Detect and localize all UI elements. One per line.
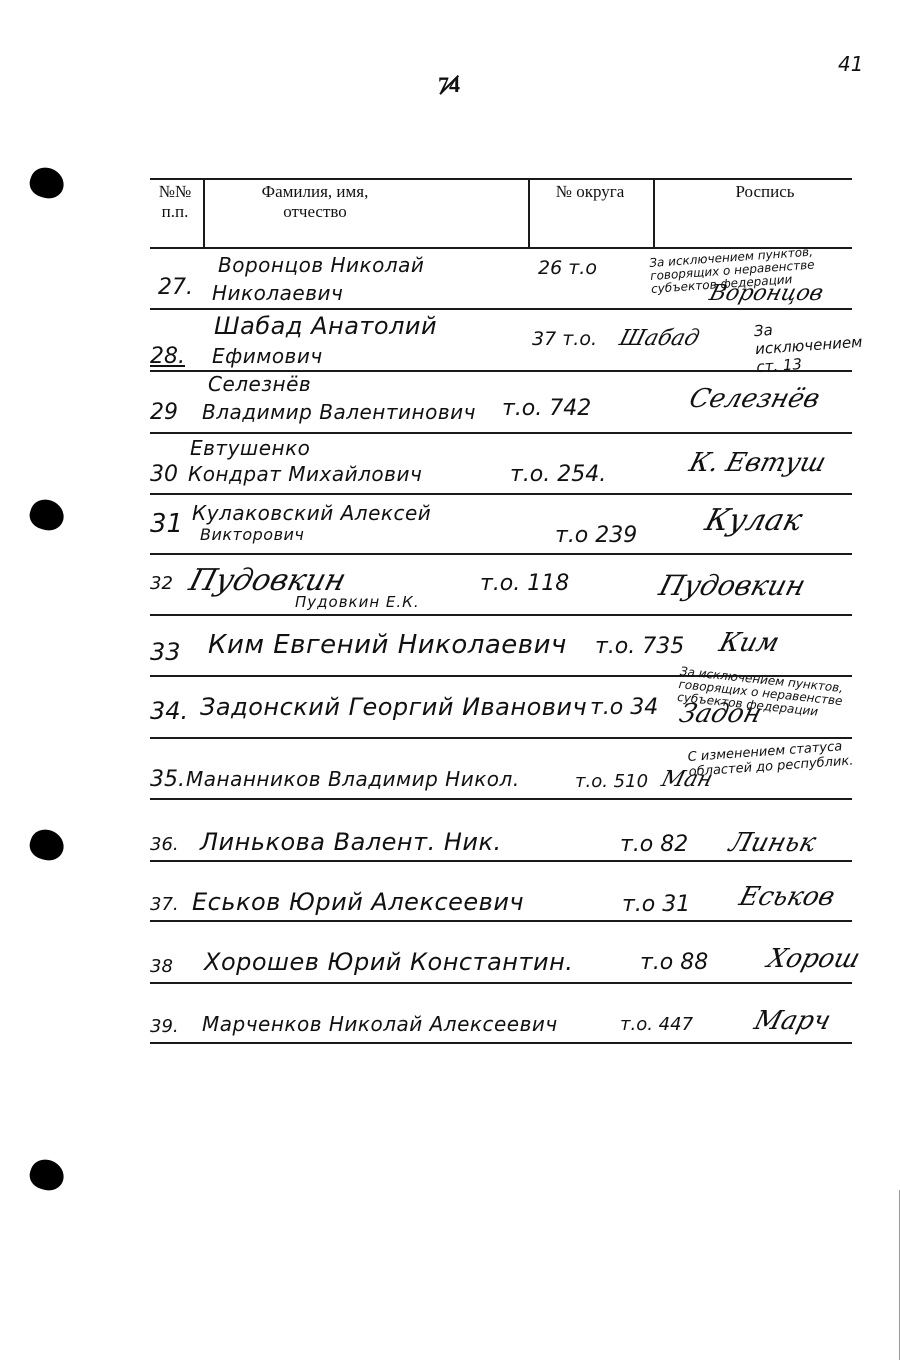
- column-divider: [203, 178, 205, 247]
- table-rule: [150, 178, 852, 180]
- row-name-line1: Евтушенко: [190, 436, 310, 460]
- row-signature: Селезнёв: [686, 384, 823, 414]
- row-number: 33: [150, 638, 181, 666]
- table-row: 32 Пудовкин Пудовкин Е.К. т.о. 118 Пудов…: [150, 553, 900, 614]
- row-name-line1: Селезнёв: [208, 372, 311, 396]
- row-district: 37 т.о.: [532, 328, 597, 350]
- table-row: 34. Задонский Георгий Иванович т.о 34 За…: [150, 675, 900, 737]
- row-district: т.о. 735: [595, 634, 684, 659]
- table-row: 36. Линькова Валент. Ник. т.о 82 Линьк: [150, 798, 900, 860]
- column-divider: [528, 178, 530, 247]
- row-district: т.о. 447: [620, 1014, 693, 1035]
- row-number: 28.: [150, 344, 185, 369]
- header-district: № округа: [545, 182, 635, 202]
- table-row: 30 Евтушенко Кондрат Михайлович т.о. 254…: [150, 432, 900, 493]
- row-signature: Шабад: [617, 326, 702, 351]
- row-name-line1: Воронцов Николай: [218, 253, 424, 277]
- table-row: 39. Марченков Николай Алексеевич т.о. 44…: [150, 982, 900, 1042]
- row-note: С изменением статуса областей до республ…: [687, 736, 889, 780]
- table-row: 28. Шабад Анатолий Ефимович 37 т.о. Шаба…: [150, 308, 900, 370]
- page-number-crossed: 74: [438, 72, 460, 98]
- table-row: 31 Кулаковский Алексей Викторович т.о 23…: [150, 493, 900, 553]
- row-name-line1: Шабад Анатолий: [214, 312, 437, 340]
- row-district: т.о. 118: [480, 571, 569, 596]
- row-number: 35.: [150, 767, 185, 792]
- header-number: №№ п.п.: [150, 182, 200, 222]
- row-number: 38: [150, 956, 173, 977]
- table-row: 38 Хорошев Юрий Константин. т.о 88 Хорош: [150, 920, 900, 982]
- row-district: т.о. 510: [575, 771, 648, 792]
- row-name-line1: Задонский Георгий Иванович: [200, 693, 587, 721]
- row-district: 26 т.о: [538, 257, 597, 279]
- row-district: т.о. 742: [502, 396, 591, 421]
- binder-hole: [26, 1155, 68, 1194]
- row-signature: К. Евтуш: [686, 448, 829, 478]
- row-number: 30: [150, 462, 178, 487]
- table-rule: [150, 1042, 852, 1044]
- table-row: 27. Воронцов Николай Николаевич 26 т.о З…: [150, 247, 900, 308]
- row-number: 34.: [150, 697, 188, 725]
- binder-hole: [26, 495, 68, 534]
- row-number: 36.: [150, 834, 179, 855]
- row-name-line1: Хорошев Юрий Константин.: [204, 948, 573, 976]
- row-signature: Линьк: [726, 828, 819, 858]
- row-name-line2: Кондрат Михайлович: [188, 462, 422, 486]
- header-signature: Роспись: [700, 182, 830, 202]
- row-number: 29: [150, 400, 178, 425]
- row-name-line1: Еськов Юрий Алексеевич: [192, 888, 524, 916]
- row-name-line2: Викторович: [200, 525, 304, 544]
- table-row: 29 Селезнёв Владимир Валентинович т.о. 7…: [150, 370, 900, 432]
- binder-hole: [26, 163, 68, 202]
- row-district: т.о. 254.: [510, 462, 606, 487]
- row-name-line1: Ким Евгений Николаевич: [208, 630, 567, 660]
- row-name-line2: Пудовкин Е.К.: [295, 593, 420, 611]
- row-number: 27.: [158, 275, 193, 300]
- column-divider: [653, 178, 655, 247]
- row-district: т.о 31: [622, 892, 690, 917]
- row-name-line2: Владимир Валентинович: [202, 400, 476, 424]
- row-number: 31: [150, 509, 183, 539]
- row-name-line2: Ефимович: [212, 344, 323, 368]
- binder-hole: [26, 825, 68, 864]
- row-number: 39.: [150, 1016, 179, 1037]
- row-name-line1: Кулаковский Алексей: [192, 501, 431, 525]
- row-number: 37.: [150, 894, 179, 915]
- header-name: Фамилия, имя, отчество: [240, 182, 390, 222]
- table-row: 33 Ким Евгений Николаевич т.о. 735 Ким: [150, 614, 900, 675]
- row-signature: Ким: [716, 628, 782, 658]
- row-signature: Хорош: [764, 944, 863, 974]
- row-signature: Воронцов: [707, 281, 826, 306]
- page-number-handwritten: 41: [838, 52, 863, 76]
- row-district: т.о 82: [620, 832, 688, 857]
- row-district: т.о 88: [640, 950, 708, 975]
- row-signature: Кулак: [701, 503, 806, 538]
- row-number: 32: [150, 573, 173, 594]
- row-district: т.о 239: [555, 523, 637, 548]
- row-name-line1: Мананников Владимир Никол.: [186, 767, 520, 791]
- table-row: 37. Еськов Юрий Алексеевич т.о 31 Еськов: [150, 860, 900, 920]
- row-name-line1: Линькова Валент. Ник.: [200, 828, 502, 856]
- row-district: т.о 34: [590, 695, 658, 720]
- row-signature: Еськов: [736, 882, 838, 912]
- row-name-line2: Николаевич: [212, 281, 343, 305]
- row-signature: Пудовкин: [656, 569, 810, 602]
- row-note: За исключением ст. 13: [753, 314, 876, 376]
- row-signature: Марч: [751, 1006, 834, 1036]
- table-row: 35. Мананников Владимир Никол. т.о. 510 …: [150, 737, 900, 798]
- row-name-line1: Марченков Николай Алексеевич: [202, 1012, 558, 1036]
